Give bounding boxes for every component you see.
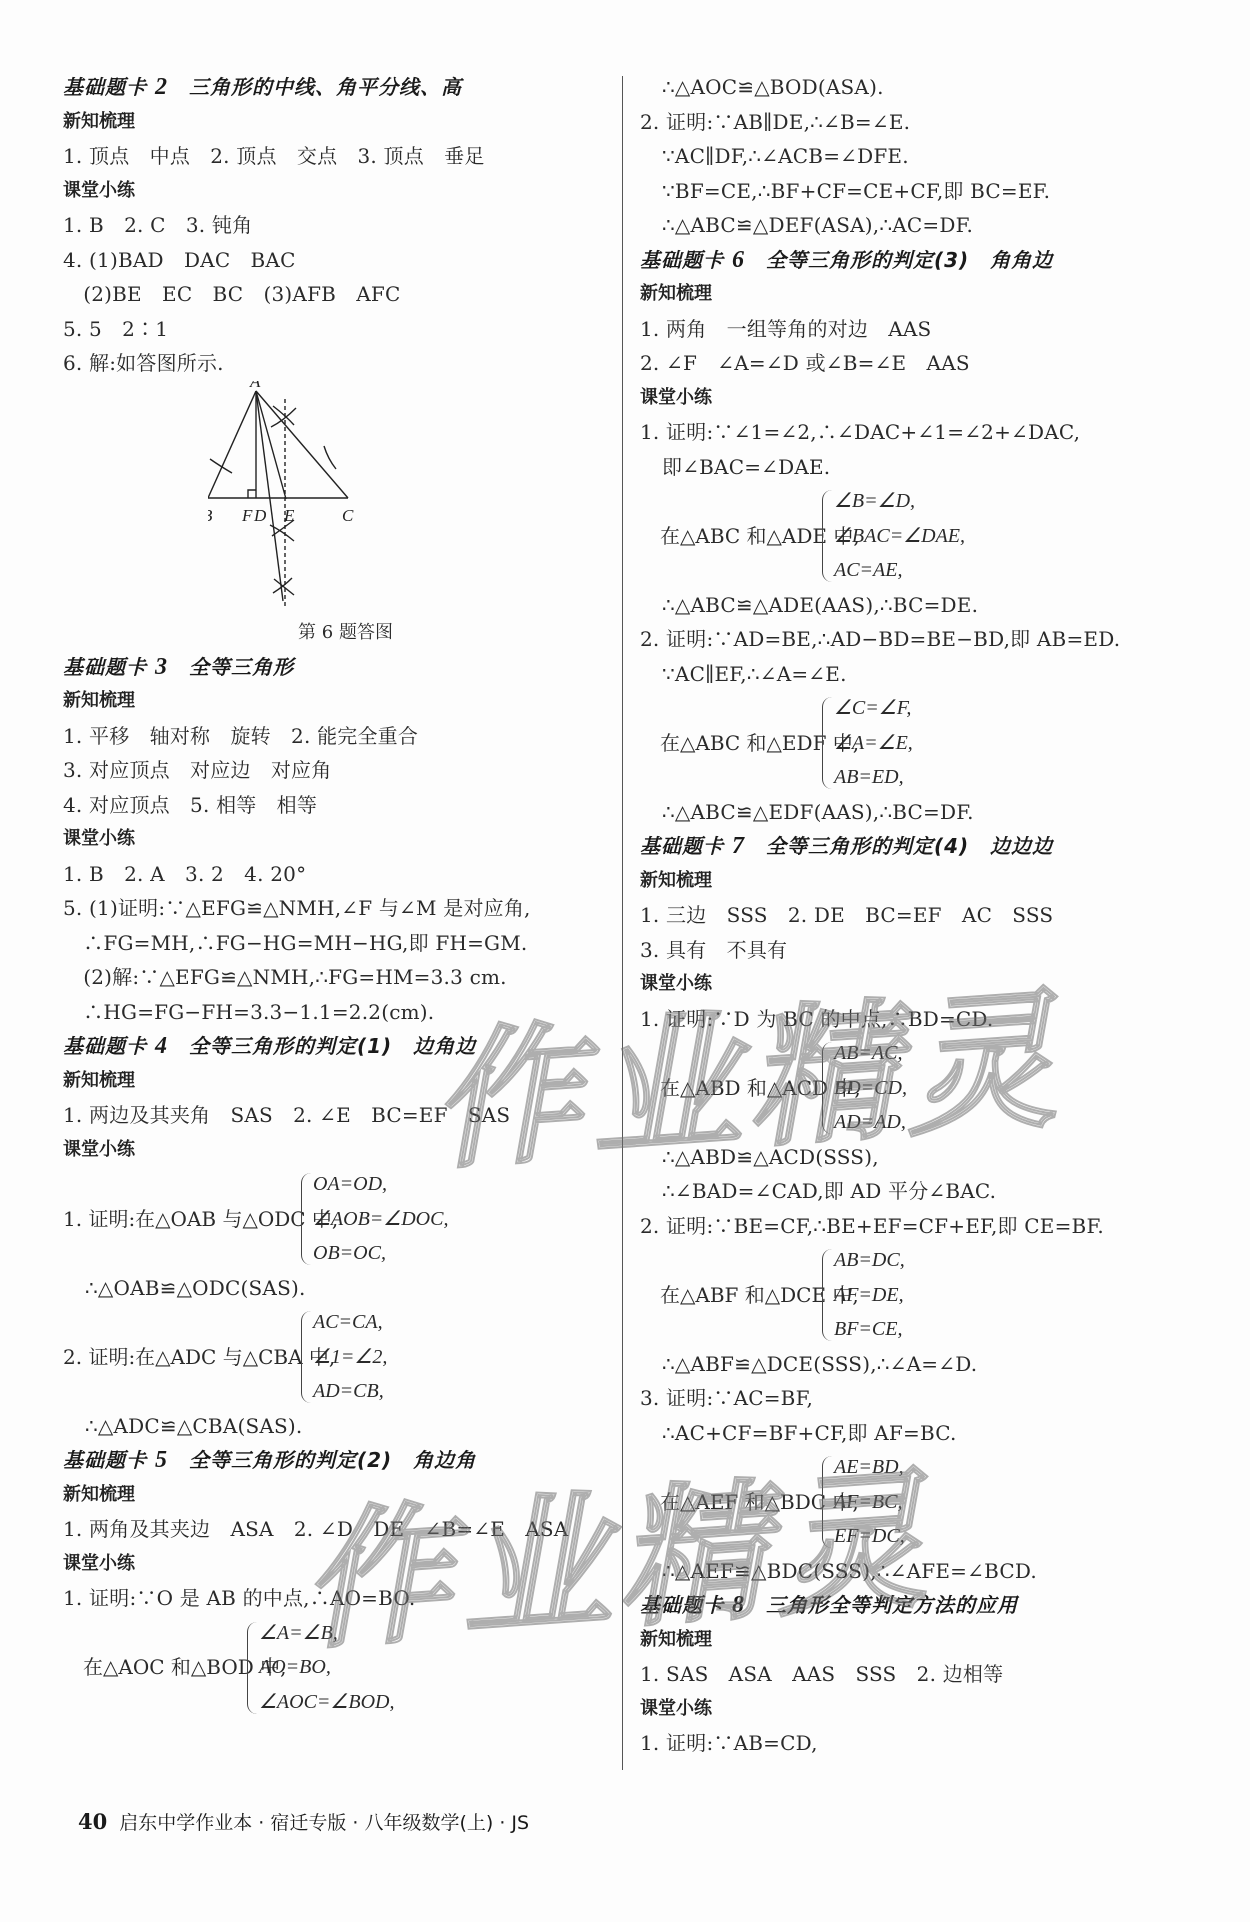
proof-condition-block: 在△AEF 和△BDC 中, AE=BD, AF=BC, EF=DC, xyxy=(640,1450,1200,1554)
answer-line: (2)BE EC BC (3)AFB AFC xyxy=(63,277,608,312)
answer-line: 1. 两边及其夹角 SAS 2. ∠E BC=EF SAS xyxy=(63,1098,608,1133)
condition: AB=DC, xyxy=(834,1243,905,1278)
svg-text:C: C xyxy=(342,506,354,525)
answer-line: ∴△AOC≌△BOD(ASA). xyxy=(640,70,1200,105)
answer-line: ∴AC+CF=BF+CF,即 AF=BC. xyxy=(640,1416,1200,1451)
answer-page: 基础题卡 2 三角形的中线、角平分线、高 新知梳理 1. 顶点 中点 2. 顶点… xyxy=(0,0,1250,1922)
proof-conclusion: ∴△AEF≌△BDC(SSS),∴∠AFE=∠BCD. xyxy=(640,1554,1200,1589)
book-title: 启东中学作业本 · 宿迁专版 · 八年级数学(上) · JS xyxy=(119,1812,529,1834)
brace-icon xyxy=(822,697,833,789)
answer-line: ∵AC∥EF,∴∠A=∠E. xyxy=(640,657,1200,692)
proof-condition-block: 在△ABF 和△DCE 中, AB=DC, AF=DE, BF=CE, xyxy=(640,1243,1200,1347)
right-column: ∴△AOC≌△BOD(ASA). 2. 证明:∵AB∥DE,∴∠B=∠E. ∵A… xyxy=(640,70,1200,1761)
card-5-title: 基础题卡 5 全等三角形的判定(2) 角边角 xyxy=(63,1443,608,1478)
brace-icon xyxy=(301,1173,312,1265)
condition: ∠1=∠2, xyxy=(313,1340,387,1375)
section-class-practice: 课堂小练 xyxy=(63,174,608,209)
condition: ∠A=∠E, xyxy=(834,726,913,761)
answer-line: 1. 两角及其夹边 ASA 2. ∠D DE ∠B=∠E ASA xyxy=(63,1512,608,1547)
answer-line: 1. 证明:∵D 为 BC 的中点,∴BD=CD. xyxy=(640,1002,1200,1037)
answer-line: 6. 解:如答图所示. xyxy=(63,346,608,381)
page-footer: 40启东中学作业本 · 宿迁专版 · 八年级数学(上) · JS xyxy=(78,1808,529,1835)
condition: AD=CB, xyxy=(313,1374,387,1409)
proof-conclusion: ∴△ADC≌△CBA(SAS). xyxy=(63,1409,608,1444)
answer-line: ∴HG=FG−FH=3.3−1.1=2.2(cm). xyxy=(63,995,608,1030)
answer-line: ∴△ABC≌△DEF(ASA),∴AC=DF. xyxy=(640,208,1200,243)
answer-line: ∵AC∥DF,∴∠ACB=∠DFE. xyxy=(640,139,1200,174)
proof-conclusion: ∴△ABC≌△ADE(AAS),∴BC=DE. xyxy=(640,588,1200,623)
proof-conclusion: ∴△ABC≌△EDF(AAS),∴BC=DF. xyxy=(640,795,1200,830)
card-2-title: 基础题卡 2 三角形的中线、角平分线、高 xyxy=(63,70,608,105)
section-new-knowledge: 新知梳理 xyxy=(63,1478,608,1513)
section-new-knowledge: 新知梳理 xyxy=(640,864,1200,899)
section-new-knowledge: 新知梳理 xyxy=(63,1064,608,1099)
condition: AC=AE, xyxy=(834,553,965,588)
card-3-title: 基础题卡 3 全等三角形 xyxy=(63,650,608,685)
condition: AF=DE, xyxy=(834,1278,905,1313)
proof-conclusion: ∴△OAB≌△ODC(SAS). xyxy=(63,1271,608,1306)
answer-line: 1. 证明:∵∠1=∠2,∴∠DAC+∠1=∠2+∠DAC, xyxy=(640,415,1200,450)
brace-icon xyxy=(301,1311,312,1403)
card-8-title: 基础题卡 8 三角形全等判定方法的应用 xyxy=(640,1588,1200,1623)
proof-condition-block: 在△ABC 和△ADE 中, ∠B=∠D, ∠BAC=∠DAE, AC=AE, xyxy=(640,484,1200,588)
proof-condition-block: 在△ABD 和△ACD 中, AB=AC, BD=CD, AD=AD, xyxy=(640,1036,1200,1140)
proof-condition-block: 在△AOC 和△BOD 中, ∠A=∠B, AO=BO, ∠AOC=∠BOD, xyxy=(63,1616,608,1720)
proof-conclusion: ∴△ABD≌△ACD(SSS), xyxy=(640,1140,1200,1175)
card-6-title: 基础题卡 6 全等三角形的判定(3) 角角边 xyxy=(640,243,1200,278)
section-class-practice: 课堂小练 xyxy=(640,967,1200,1002)
condition: ∠A=∠B, xyxy=(259,1616,394,1651)
svg-text:A: A xyxy=(249,381,261,391)
brace-icon xyxy=(247,1622,258,1714)
page-number: 40 xyxy=(78,1809,107,1834)
brace-icon xyxy=(822,490,833,582)
svg-text:B: B xyxy=(208,506,213,525)
condition: ∠AOB=∠DOC, xyxy=(313,1202,448,1237)
proof-condition-block: 2. 证明:在△ADC 与△CBA 中, AC=CA, ∠1=∠2, AD=CB… xyxy=(63,1305,608,1409)
proof-conclusion: ∴∠BAD=∠CAD,即 AD 平分∠BAC. xyxy=(640,1174,1200,1209)
answer-line: 2. ∠F ∠A=∠D 或∠B=∠E AAS xyxy=(640,346,1200,381)
condition: BF=CE, xyxy=(834,1312,905,1347)
proof-condition-block: 1. 证明:在△OAB 与△ODC 中, OA=OD, ∠AOB=∠DOC, O… xyxy=(63,1167,608,1271)
condition: AE=BD, xyxy=(834,1450,905,1485)
condition: AB=ED, xyxy=(834,760,913,795)
answer-line: ∴FG=MH,∴FG−HG=MH−HG,即 FH=GM. xyxy=(63,926,608,961)
answer-line: 1. 三边 SSS 2. DE BC=EF AC SSS xyxy=(640,898,1200,933)
condition: AD=AD, xyxy=(834,1105,907,1140)
proof-lead: 1. 证明:在△OAB 与△ODC 中, xyxy=(63,1202,338,1237)
section-class-practice: 课堂小练 xyxy=(63,822,608,857)
section-new-knowledge: 新知梳理 xyxy=(640,1623,1200,1658)
answer-line: 4. 对应顶点 5. 相等 相等 xyxy=(63,788,608,823)
section-new-knowledge: 新知梳理 xyxy=(63,684,608,719)
condition: AC=CA, xyxy=(313,1305,387,1340)
answer-line: ∵BF=CE,∴BF+CF=CE+CF,即 BC=EF. xyxy=(640,174,1200,209)
card-4-title: 基础题卡 4 全等三角形的判定(1) 边角边 xyxy=(63,1029,608,1064)
left-column: 基础题卡 2 三角形的中线、角平分线、高 新知梳理 1. 顶点 中点 2. 顶点… xyxy=(63,70,608,1719)
answer-line: 3. 对应顶点 对应边 对应角 xyxy=(63,753,608,788)
card-7-title: 基础题卡 7 全等三角形的判定(4) 边边边 xyxy=(640,829,1200,864)
condition: EF=DC, xyxy=(834,1519,905,1554)
answer-line: 1. SAS ASA AAS SSS 2. 边相等 xyxy=(640,1657,1200,1692)
answer-line: (2)解:∵△EFG≌△NMH,∴FG=HM=3.3 cm. xyxy=(63,960,608,995)
answer-line: 1. 两角 一组等角的对边 AAS xyxy=(640,312,1200,347)
brace-icon xyxy=(822,1249,833,1341)
answer-line: 1. B 2. C 3. 钝角 xyxy=(63,208,608,243)
answer-line: 3. 证明:∵AC=BF, xyxy=(640,1381,1200,1416)
answer-line: 1. 证明:∵AB=CD, xyxy=(640,1726,1200,1761)
condition: OB=OC, xyxy=(313,1236,448,1271)
answer-line: 即∠BAC=∠DAE. xyxy=(640,450,1200,485)
column-divider xyxy=(622,76,623,1770)
answer-line: 1. B 2. A 3. 2 4. 20° xyxy=(63,857,608,892)
answer-line: 1. 顶点 中点 2. 顶点 交点 3. 顶点 垂足 xyxy=(63,139,608,174)
condition: ∠AOC=∠BOD, xyxy=(259,1685,394,1720)
answer-line: 1. 平移 轴对称 旋转 2. 能完全重合 xyxy=(63,719,608,754)
section-class-practice: 课堂小练 xyxy=(63,1133,608,1168)
answer-line: 2. 证明:∵AB∥DE,∴∠B=∠E. xyxy=(640,105,1200,140)
condition: BD=CD, xyxy=(834,1071,907,1106)
condition: AO=BO, xyxy=(259,1650,394,1685)
svg-text:E: E xyxy=(283,506,295,525)
answer-line: 3. 具有 不具有 xyxy=(640,933,1200,968)
svg-text:D: D xyxy=(253,506,267,525)
section-new-knowledge: 新知梳理 xyxy=(640,277,1200,312)
answer-line: 2. 证明:∵BE=CF,∴BE+EF=CF+EF,即 CE=BF. xyxy=(640,1209,1200,1244)
answer-line: 4. (1)BAD DAC BAC xyxy=(63,243,608,278)
proof-lead: 2. 证明:在△ADC 与△CBA 中, xyxy=(63,1340,335,1375)
condition: OA=OD, xyxy=(313,1167,448,1202)
section-class-practice: 课堂小练 xyxy=(640,1692,1200,1727)
section-new-knowledge: 新知梳理 xyxy=(63,105,608,140)
answer-line: 1. 证明:∵O 是 AB 的中点,∴AO=BO. xyxy=(63,1581,608,1616)
proof-condition-block: 在△ABC 和△EDF 中, ∠C=∠F, ∠A=∠E, AB=ED, xyxy=(640,691,1200,795)
triangle-diagram-icon: A B F D E C xyxy=(208,381,408,616)
section-class-practice: 课堂小练 xyxy=(640,381,1200,416)
figure-caption: 第 6 题答图 xyxy=(63,616,608,650)
condition: ∠B=∠D, xyxy=(834,484,965,519)
svg-text:F: F xyxy=(241,506,253,525)
condition: ∠BAC=∠DAE, xyxy=(834,519,965,554)
answer-line: 5. 5 2∶1 xyxy=(63,312,608,347)
triangle-construction-figure: A B F D E C xyxy=(63,381,608,616)
brace-icon xyxy=(822,1042,833,1134)
condition: AB=AC, xyxy=(834,1036,907,1071)
answer-line: 5. (1)证明:∵△EFG≌△NMH,∠F 与∠M 是对应角, xyxy=(63,891,608,926)
condition: ∠C=∠F, xyxy=(834,691,913,726)
answer-line: 2. 证明:∵AD=BE,∴AD−BD=BE−BD,即 AB=ED. xyxy=(640,622,1200,657)
condition: AF=BC, xyxy=(834,1485,905,1520)
proof-conclusion: ∴△ABF≌△DCE(SSS),∴∠A=∠D. xyxy=(640,1347,1200,1382)
section-class-practice: 课堂小练 xyxy=(63,1547,608,1582)
brace-icon xyxy=(822,1456,833,1548)
